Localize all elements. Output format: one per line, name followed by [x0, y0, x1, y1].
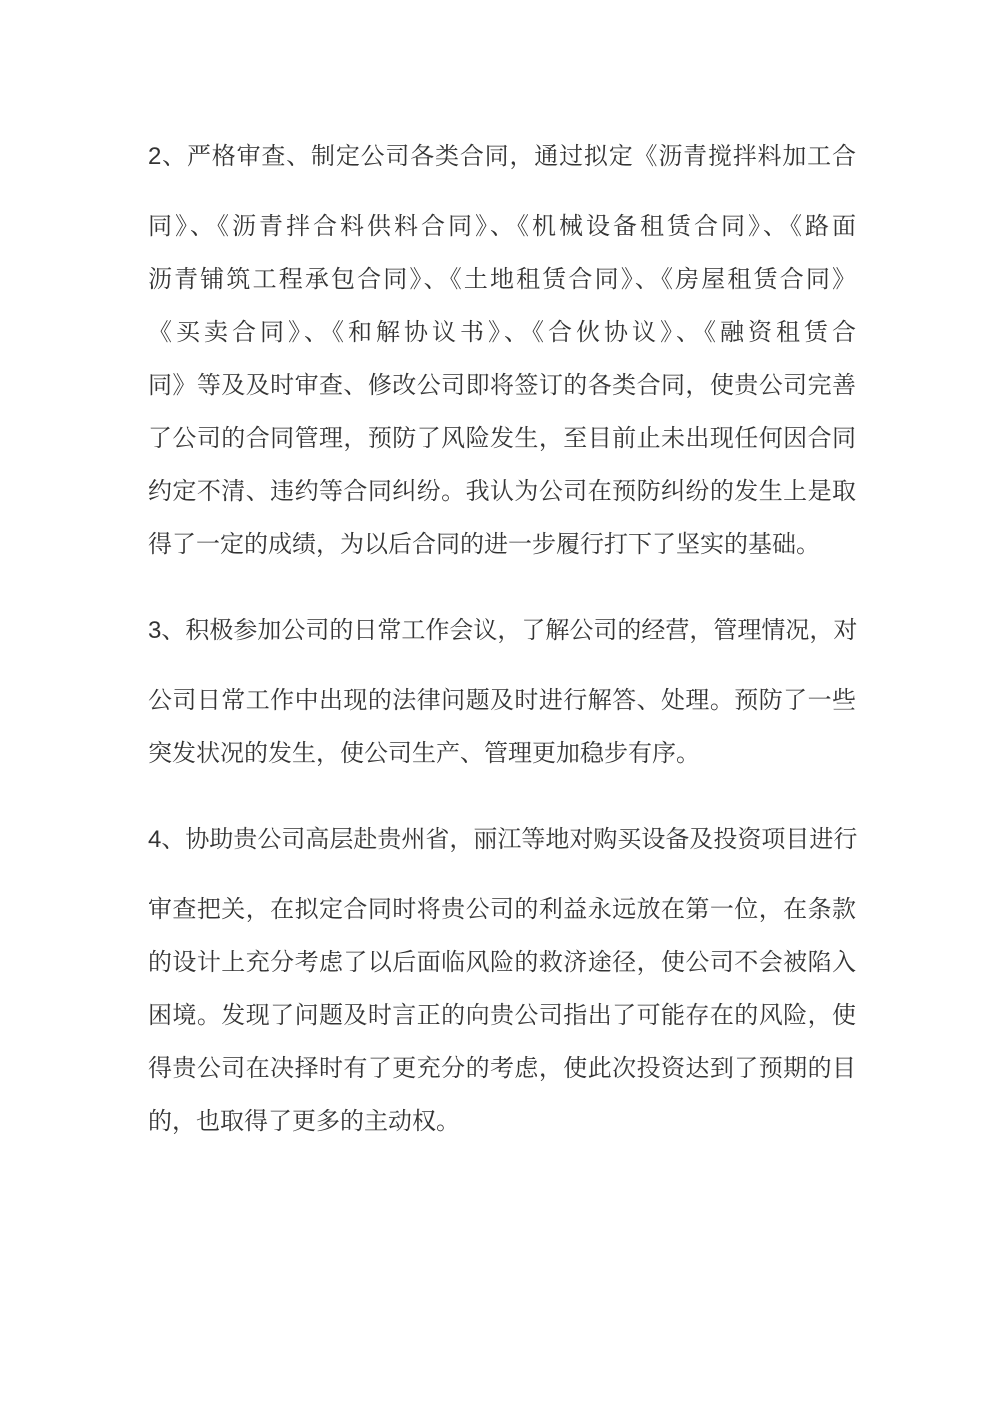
text-line: 《买卖合同》、《和解协议书》、《合伙协议》、《融资租赁合	[148, 306, 856, 359]
paragraph-3-body: 公司日常工作中出现的法律问题及时进行解答、处理。预防了一些 突发状况的发生，使公…	[148, 674, 856, 780]
paragraph-2-lead-line: 2、严格审查、制定公司各类合同，通过拟定《沥青搅拌料加工合	[148, 130, 856, 183]
text-line: 的，也取得了更多的主动权。	[148, 1095, 856, 1148]
text-line: 了公司的合同管理，预防了风险发生，至目前止未出现任何因合同	[148, 412, 856, 465]
document-page: 2、严格审查、制定公司各类合同，通过拟定《沥青搅拌料加工合 同》、《沥青拌合料供…	[0, 0, 1000, 1415]
text-line: 困境。发现了问题及时言正的向贵公司指出了可能存在的风险，使	[148, 989, 856, 1042]
paragraph-item-2: 2、严格审查、制定公司各类合同，通过拟定《沥青搅拌料加工合 同》、《沥青拌合料供…	[148, 130, 856, 571]
text-line: 审查把关，在拟定合同时将贵公司的利益永远放在第一位，在条款	[148, 883, 856, 936]
paragraph-4-lead-line: 4、协助贵公司高层赴贵州省，丽江等地对购买设备及投资项目进行	[148, 813, 856, 866]
paragraph-item-4: 4、协助贵公司高层赴贵州省，丽江等地对购买设备及投资项目进行 审查把关，在拟定合…	[148, 813, 856, 1148]
text-line: 同》、《沥青拌合料供料合同》、《机械设备租赁合同》、《路面	[148, 200, 856, 253]
paragraph-item-3: 3、积极参加公司的日常工作会议，了解公司的经营，管理情况，对 公司日常工作中出现…	[148, 604, 856, 780]
text-line: 同》等及及时审查、修改公司即将签订的各类合同，使贵公司完善	[148, 359, 856, 412]
text-line: 的设计上充分考虑了以后面临风险的救济途径，使公司不会被陷入	[148, 936, 856, 989]
paragraph-3-lead-line: 3、积极参加公司的日常工作会议，了解公司的经营，管理情况，对	[148, 604, 856, 657]
text-line: 得贵公司在决择时有了更充分的考虑，使此次投资达到了预期的目	[148, 1042, 856, 1095]
text-line: 沥青铺筑工程承包合同》、《土地租赁合同》、《房屋租赁合同》	[148, 253, 856, 306]
paragraph-4-body: 审查把关，在拟定合同时将贵公司的利益永远放在第一位，在条款 的设计上充分考虑了以…	[148, 883, 856, 1148]
text-line: 公司日常工作中出现的法律问题及时进行解答、处理。预防了一些	[148, 674, 856, 727]
text-line: 得了一定的成绩，为以后合同的进一步履行打下了坚实的基础。	[148, 518, 856, 571]
paragraph-2-body: 同》、《沥青拌合料供料合同》、《机械设备租赁合同》、《路面 沥青铺筑工程承包合同…	[148, 200, 856, 571]
text-line: 约定不清、违约等合同纠纷。我认为公司在预防纠纷的发生上是取	[148, 465, 856, 518]
text-line: 突发状况的发生，使公司生产、管理更加稳步有序。	[148, 727, 856, 780]
document-content: 2、严格审查、制定公司各类合同，通过拟定《沥青搅拌料加工合 同》、《沥青拌合料供…	[148, 130, 856, 1148]
